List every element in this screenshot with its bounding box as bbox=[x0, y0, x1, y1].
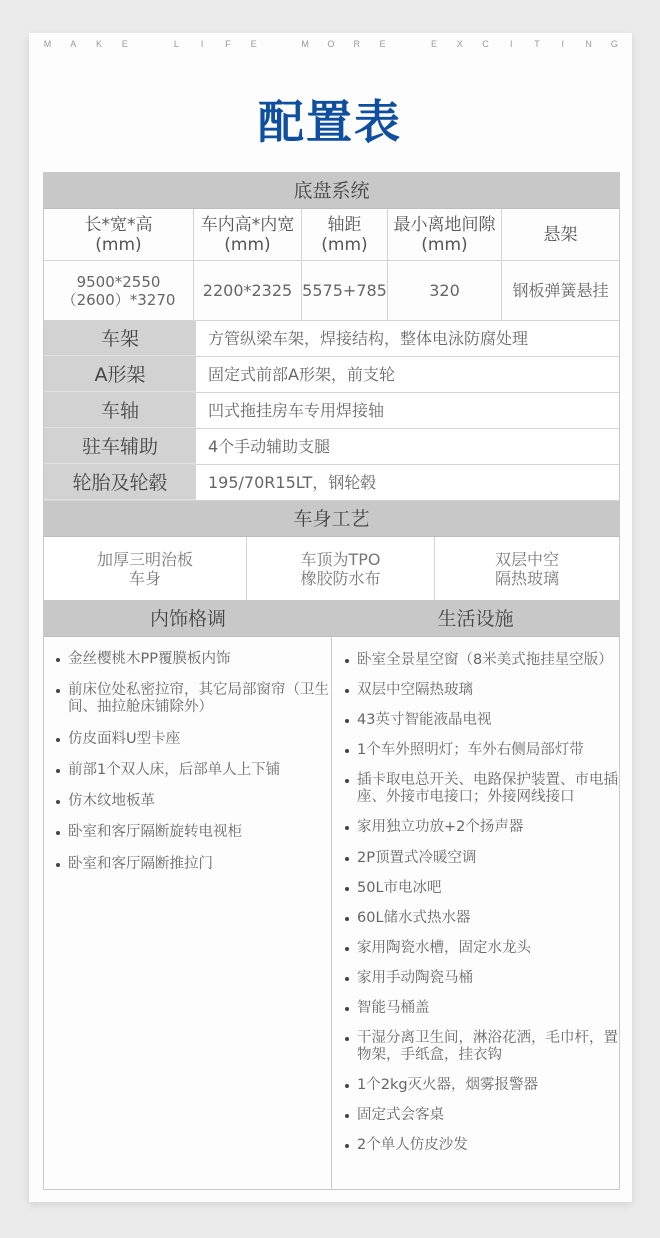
table-cell: 钢板弹簧悬挂 bbox=[502, 261, 619, 321]
list-item: 2个单人仿皮沙发 bbox=[344, 1137, 619, 1154]
list-item: 干湿分离卫生间，淋浴花洒，毛巾杆，置物架，手纸盒，挂衣钩 bbox=[344, 1030, 619, 1064]
chassis-dimension-headers: 长*宽*高(mm) 车内高*内宽(mm) 轴距(mm) 最小离地间隙(mm) 悬… bbox=[44, 209, 619, 261]
tagline-letter: A bbox=[69, 39, 78, 49]
tagline-letter: I bbox=[507, 39, 516, 49]
tagline-letter: I bbox=[558, 39, 567, 49]
tagline-letter: E bbox=[378, 39, 387, 49]
list-item: 金丝樱桃木PP覆膜板内饰 bbox=[55, 651, 331, 668]
tagline-letter bbox=[146, 39, 155, 49]
list-item: 固定式会客桌 bbox=[344, 1107, 619, 1124]
list-item: 仿木纹地板革 bbox=[55, 793, 331, 810]
table-cell: 双层中空隔热玻璃 bbox=[435, 537, 619, 600]
table-cell: 9500*2550（2600）*3270 bbox=[44, 261, 194, 321]
list-item: 2P顶置式冷暖空调 bbox=[344, 850, 619, 867]
tagline-letter bbox=[275, 39, 284, 49]
row-label: 驻车辅助 bbox=[44, 429, 196, 464]
tagline-letter: E bbox=[429, 39, 438, 49]
tagline-letter: M bbox=[301, 39, 310, 49]
list-item: 插卡取电总开关、电路保护装置、市电插座、外接市电接口；外接网线接口 bbox=[344, 772, 619, 806]
tagline-letter: G bbox=[610, 39, 619, 49]
tagline-letter: R bbox=[352, 39, 361, 49]
list-item: 前床位处私密拉帘，其它局部窗帘（卫生间、抽拉舱床铺除外） bbox=[55, 682, 331, 716]
section-header-facilities: 生活设施 bbox=[332, 601, 619, 637]
facilities-list-column: 卧室全景星空窗（8米美式拖挂星空版） 双层中空隔热玻璃 43英寸智能液晶电视 1… bbox=[332, 637, 619, 1189]
page-title: 配置表 bbox=[0, 86, 660, 152]
table-row: 车架 方管纵梁车架，焊接结构，整体电泳防腐处理 bbox=[44, 321, 619, 357]
list-item: 1个车外照明灯；车外右侧局部灯带 bbox=[344, 742, 619, 759]
feature-lists: 金丝樱桃木PP覆膜板内饰 前床位处私密拉帘，其它局部窗帘（卫生间、抽拉舱床铺除外… bbox=[44, 637, 619, 1189]
column-header: 悬架 bbox=[502, 209, 619, 261]
list-item: 1个2kg灭火器，烟雾报警器 bbox=[344, 1077, 619, 1094]
config-table: 底盘系统 长*宽*高(mm) 车内高*内宽(mm) 轴距(mm) 最小离地间隙(… bbox=[43, 172, 620, 1190]
section-header-body-craft: 车身工艺 bbox=[44, 501, 619, 537]
list-item: 43英寸智能液晶电视 bbox=[344, 712, 619, 729]
tagline-letter: X bbox=[455, 39, 464, 49]
table-cell: 车顶为TPO橡胶防水布 bbox=[247, 537, 435, 600]
tagline-letter: L bbox=[172, 39, 181, 49]
column-header: 车内高*内宽(mm) bbox=[194, 209, 302, 261]
table-row: 轮胎及轮毂 195/70R15LT，钢轮毂 bbox=[44, 465, 619, 501]
tagline-letter: T bbox=[533, 39, 542, 49]
list-item: 家用独立功放+2个扬声器 bbox=[344, 819, 619, 836]
tagline-letter: E bbox=[120, 39, 129, 49]
tagline: M A K E L I F E M O R E E X C I T I N G bbox=[43, 39, 619, 49]
row-label: A形架 bbox=[44, 357, 196, 392]
row-label: 轮胎及轮毂 bbox=[44, 465, 196, 500]
table-cell: 加厚三明治板车身 bbox=[44, 537, 247, 600]
interior-list: 金丝樱桃木PP覆膜板内饰 前床位处私密拉帘，其它局部窗帘（卫生间、抽拉舱床铺除外… bbox=[44, 637, 331, 873]
list-item: 50L市电冰吧 bbox=[344, 880, 619, 897]
row-value: 4个手动辅助支腿 bbox=[196, 429, 619, 464]
table-cell: 2200*2325 bbox=[194, 261, 302, 321]
tagline-letter: F bbox=[223, 39, 232, 49]
tagline-letter: K bbox=[95, 39, 104, 49]
tagline-letter bbox=[404, 39, 413, 49]
row-label: 车架 bbox=[44, 321, 196, 356]
chassis-dimension-values: 9500*2550（2600）*3270 2200*2325 5575+785 … bbox=[44, 261, 619, 321]
row-label: 车轴 bbox=[44, 393, 196, 428]
section-header-interior: 内饰格调 bbox=[44, 601, 332, 637]
tagline-letter: E bbox=[249, 39, 258, 49]
dual-section-header: 内饰格调 生活设施 bbox=[44, 601, 619, 637]
row-value: 195/70R15LT，钢轮毂 bbox=[196, 465, 619, 500]
tagline-letter: O bbox=[326, 39, 335, 49]
list-item: 智能马桶盖 bbox=[344, 1000, 619, 1017]
table-row: A形架 固定式前部A形架，前支轮 bbox=[44, 357, 619, 393]
row-value: 固定式前部A形架，前支轮 bbox=[196, 357, 619, 392]
facilities-list: 卧室全景星空窗（8米美式拖挂星空版） 双层中空隔热玻璃 43英寸智能液晶电视 1… bbox=[332, 637, 619, 1154]
tagline-letter: N bbox=[584, 39, 593, 49]
list-item: 家用手动陶瓷马桶 bbox=[344, 970, 619, 987]
list-item: 仿皮面料U型卡座 bbox=[55, 731, 331, 748]
column-header: 最小离地间隙(mm) bbox=[388, 209, 502, 261]
table-row: 车轴 凹式拖挂房车专用焊接轴 bbox=[44, 393, 619, 429]
interior-list-column: 金丝樱桃木PP覆膜板内饰 前床位处私密拉帘，其它局部窗帘（卫生间、抽拉舱床铺除外… bbox=[44, 637, 332, 1189]
list-item: 前部1个双人床，后部单人上下铺 bbox=[55, 762, 331, 779]
list-item: 家用陶瓷水槽，固定水龙头 bbox=[344, 940, 619, 957]
section-header-chassis: 底盘系统 bbox=[44, 173, 619, 209]
list-item: 卧室和客厅隔断推拉门 bbox=[55, 856, 331, 873]
table-cell: 5575+785 bbox=[302, 261, 388, 321]
list-item: 卧室全景星空窗（8米美式拖挂星空版） bbox=[344, 652, 619, 669]
tagline-letter: C bbox=[481, 39, 490, 49]
body-craft-row: 加厚三明治板车身 车顶为TPO橡胶防水布 双层中空隔热玻璃 bbox=[44, 537, 619, 601]
tagline-letter: I bbox=[198, 39, 207, 49]
list-item: 双层中空隔热玻璃 bbox=[344, 682, 619, 699]
list-item: 60L储水式热水器 bbox=[344, 910, 619, 927]
table-cell: 320 bbox=[388, 261, 502, 321]
column-header: 长*宽*高(mm) bbox=[44, 209, 194, 261]
table-row: 驻车辅助 4个手动辅助支腿 bbox=[44, 429, 619, 465]
row-value: 凹式拖挂房车专用焊接轴 bbox=[196, 393, 619, 428]
row-value: 方管纵梁车架，焊接结构，整体电泳防腐处理 bbox=[196, 321, 619, 356]
list-item: 卧室和客厅隔断旋转电视柜 bbox=[55, 824, 331, 841]
column-header: 轴距(mm) bbox=[302, 209, 388, 261]
tagline-letter: M bbox=[43, 39, 52, 49]
